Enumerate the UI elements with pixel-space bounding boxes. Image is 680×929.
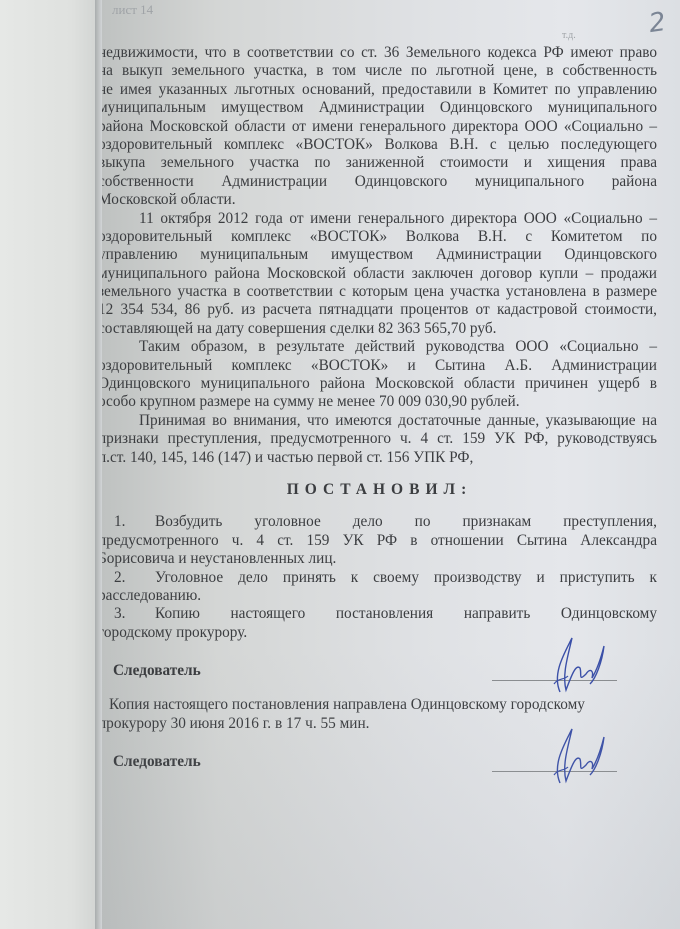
text-line: Копия настоящего постановления направлен… bbox=[102, 696, 657, 714]
text-line: 3.Копию настоящего постановления направи… bbox=[102, 605, 657, 623]
paragraph-4: Принимая во внимания, что имеются достат… bbox=[102, 412, 657, 467]
text-line: признаки преступления, предусмотренного … bbox=[102, 430, 657, 448]
text-line: земельного участка в соответствии с кото… bbox=[102, 283, 657, 301]
text-line: муниципальным имуществом Администрации О… bbox=[102, 99, 657, 117]
resolution-item-1: 1.Возбудить уголовное дело по признакам … bbox=[102, 513, 657, 568]
text-line: 11 октября 2012 года от имени генерально… bbox=[102, 210, 657, 228]
paragraph-1: недвижимости, что в соответствии со ст. … bbox=[102, 44, 657, 210]
document-body: недвижимости, что в соответствии со ст. … bbox=[102, 44, 657, 781]
handwritten-signature-icon bbox=[542, 634, 612, 694]
text-line: 12 354 534, 86 руб. из расчета пятнадцат… bbox=[102, 301, 657, 319]
text-line: Борисовича и неустановленных лиц. bbox=[102, 550, 657, 568]
text-line: особо крупном размере на сумму не менее … bbox=[102, 393, 657, 411]
text-line: недвижимости, что в соответствии со ст. … bbox=[102, 44, 657, 62]
text-line: 2.Уголовное дело принять к своему произв… bbox=[102, 569, 657, 587]
text-line: на выкуп земельного участка, в том числе… bbox=[102, 62, 657, 80]
item-number: 2. bbox=[102, 569, 155, 587]
item-text: Возбудить уголовное дело по признакам пр… bbox=[155, 513, 657, 530]
text-line: п.ст. 140, 145, 146 (147) и частью перво… bbox=[102, 449, 657, 467]
text-line: выкупа земельного участка по заниженной … bbox=[102, 154, 657, 172]
item-text: Уголовное дело принять к своему производ… bbox=[155, 569, 657, 586]
resolution-title: ПОСТАНОВИЛ: bbox=[102, 481, 657, 499]
investigator-label: Следователь bbox=[113, 753, 201, 771]
text-line: Одинцовского муниципального района Моско… bbox=[102, 375, 657, 393]
text-line: Принимая во внимания, что имеются достат… bbox=[102, 412, 657, 430]
text-line: собственности Администрации Одинцовского… bbox=[102, 173, 657, 191]
paragraph-3: Таким образом, в результате действий рук… bbox=[102, 338, 657, 412]
text-line: оздоровительный комплекс «ВОСТОК» и Сыти… bbox=[102, 357, 657, 375]
text-line: оздоровительный комплекс «ВОСТОК» Волков… bbox=[102, 228, 657, 246]
text-line: расследованию. bbox=[102, 587, 657, 605]
text-line: 1.Возбудить уголовное дело по признакам … bbox=[102, 513, 657, 531]
handwritten-signature-icon bbox=[542, 725, 612, 785]
item-number: 3. bbox=[102, 605, 155, 623]
handwritten-page-number: 2 bbox=[647, 7, 668, 39]
paragraph-2: 11 октября 2012 года от имени генерально… bbox=[102, 210, 657, 339]
text-line: предусмотренного ч. 4 ст. 159 УК РФ в от… bbox=[102, 532, 657, 550]
text-line: района Московской области от имени генер… bbox=[102, 118, 657, 136]
signature-block-2: Следователь bbox=[102, 741, 657, 781]
underlying-page bbox=[0, 0, 102, 929]
text-line: управлению муниципальным имуществом Адми… bbox=[102, 246, 657, 264]
text-line: оздоровительный комплекс «ВОСТОК» Волков… bbox=[102, 136, 657, 154]
case-volume-mark: т.д. bbox=[562, 30, 576, 41]
document-page: лист 14 т.д. 2 недвижимости, что в соотв… bbox=[102, 0, 680, 929]
signature-block-1: Следователь bbox=[102, 650, 657, 690]
sheet-number: лист 14 bbox=[112, 2, 153, 18]
text-line: Московской области. bbox=[102, 191, 657, 209]
text-line: муниципального района Московской области… bbox=[102, 265, 657, 283]
investigator-label: Следователь bbox=[113, 662, 201, 680]
item-number: 1. bbox=[102, 513, 155, 531]
text-line: составляющей на дату совершения сделки 8… bbox=[102, 320, 657, 338]
text-line: Таким образом, в результате действий рук… bbox=[102, 338, 657, 356]
text-line: не имея указанных льготных оснований, пр… bbox=[102, 81, 657, 99]
resolution-item-2: 2.Уголовное дело принять к своему произв… bbox=[102, 569, 657, 606]
item-text: Копию настоящего постановления направить… bbox=[155, 605, 657, 622]
